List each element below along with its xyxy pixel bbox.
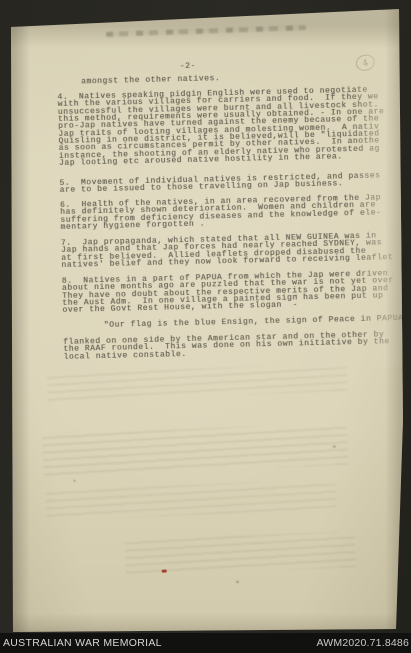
bleed-through-text (42, 423, 348, 477)
pencil-annotation: 4 (354, 53, 377, 73)
archive-footer: AUSTRALIAN WAR MEMORIAL AWM2020.71.8486 (0, 633, 411, 653)
archive-institution-label: AUSTRALIAN WAR MEMORIAL (3, 637, 162, 649)
slogan-quote: "Our flag is the blue Ensign, the sign o… (104, 315, 409, 330)
paper-speck (74, 480, 76, 482)
page-number: -2- (180, 63, 196, 71)
paragraph-5: 5. Movement of individual natives is res… (59, 172, 380, 194)
bleed-through-text (47, 363, 348, 403)
paragraph-8-continued: flanked on one side by the American star… (63, 331, 390, 361)
paragraph-8: 8. Natives in a part of PAPUA from which… (62, 270, 395, 315)
bleed-through-text (125, 531, 356, 576)
paragraph-4: 4. Natives speaking pidgin English were … (57, 86, 385, 167)
continuation-line: amongst the other natives. (81, 75, 220, 86)
paragraph-6: 6. Health of the natives, in an area rec… (60, 194, 382, 231)
paper-speck (236, 581, 239, 583)
paper-speck (295, 294, 297, 296)
accession-number: AWM2020.71.8486 (316, 637, 409, 649)
scanned-document-photo: 4 -2- amongst the other natives. 4. Nati… (0, 0, 411, 653)
page-content: 4 -2- amongst the other natives. 4. Nati… (0, 0, 411, 653)
red-ink-spot (162, 570, 167, 573)
paper-speck (333, 446, 336, 448)
pencil-annotation-text: 4 (362, 58, 369, 68)
bleed-through-text (46, 479, 337, 521)
document-page: 4 -2- amongst the other natives. 4. Nati… (0, 0, 411, 653)
ink-smudge (106, 25, 306, 37)
paragraph-7: 7. Jap propaganda, which stated that all… (61, 232, 393, 269)
